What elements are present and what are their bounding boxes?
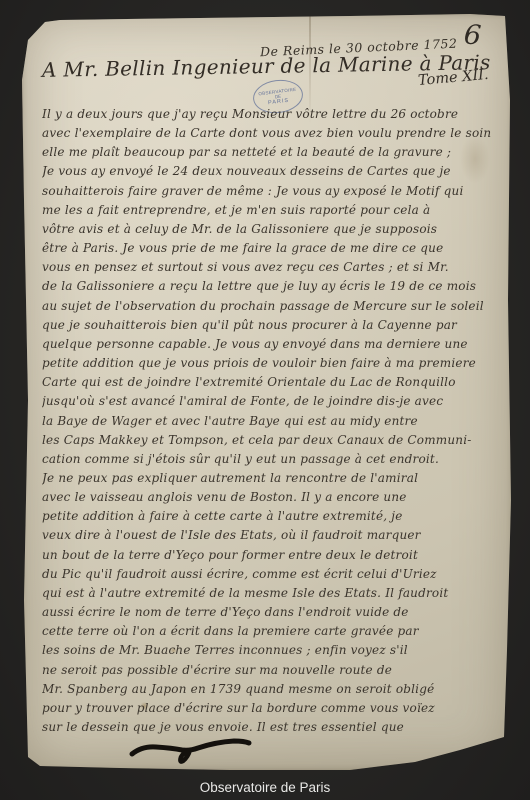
manuscript-page: 6 De Reims le 30 octobre 1752 A Mr. Bell… xyxy=(22,14,512,770)
paraph-flourish-mark xyxy=(128,730,256,766)
manuscript-photo: 6 De Reims le 30 octobre 1752 A Mr. Bell… xyxy=(0,0,530,800)
page-number: 6 xyxy=(463,21,482,49)
photo-caption: Observatoire de Paris xyxy=(0,780,530,795)
letter-body: Il y a deux jours que j'ay reçu Monsieur… xyxy=(42,105,504,737)
